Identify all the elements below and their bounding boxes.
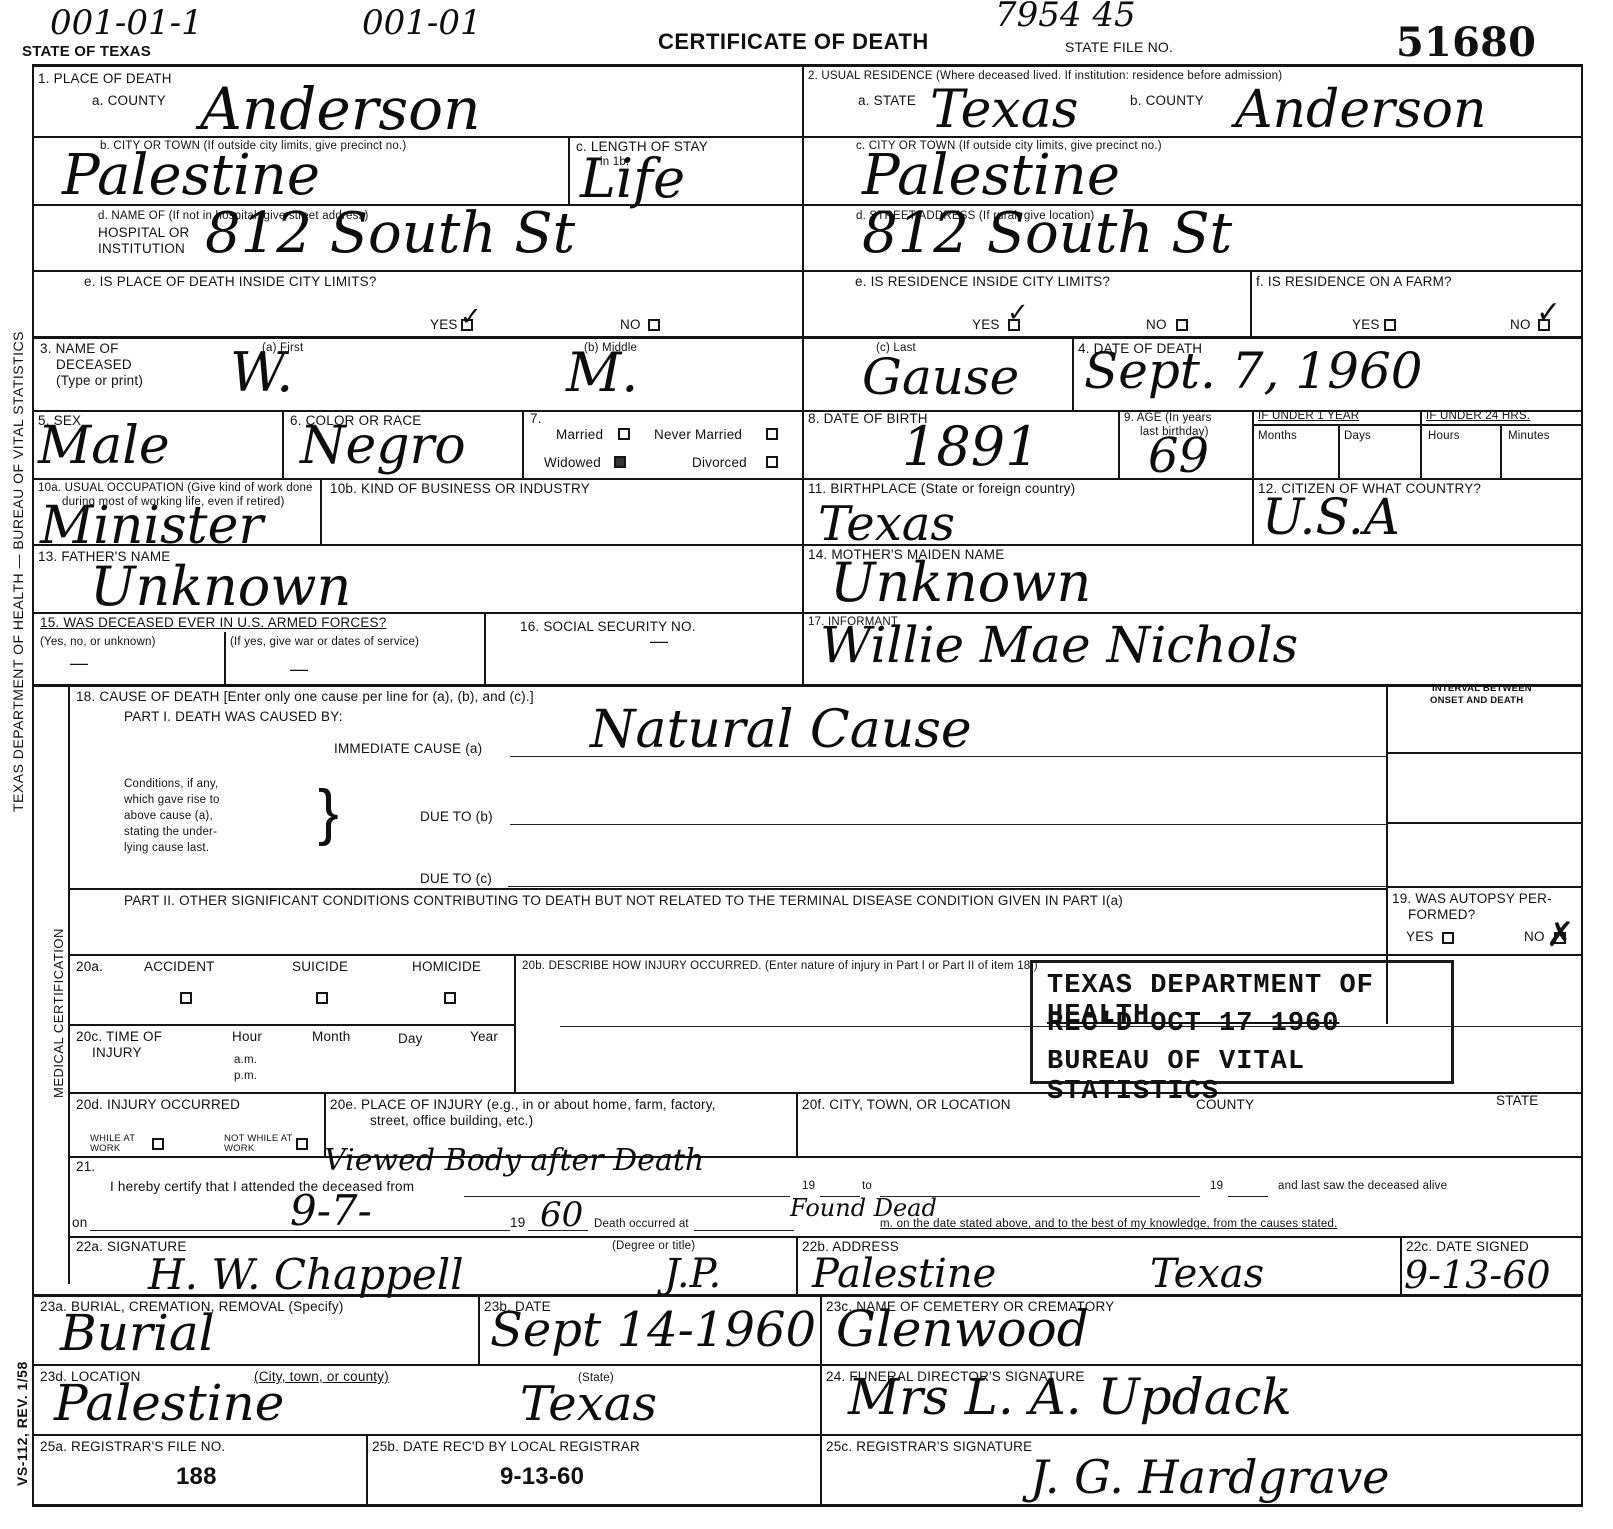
medical-section-left bbox=[68, 684, 70, 1284]
handwritten-code-1: 001-01-1 bbox=[50, 6, 203, 40]
injury-occurred-label: 20d. INJURY OCCURRED bbox=[76, 1098, 240, 1112]
describe-injury-label: 20b. DESCRIBE HOW INJURY OCCURRED. (Ente… bbox=[522, 960, 1038, 972]
place-of-injury-label-2: street, office building, etc.) bbox=[370, 1114, 533, 1128]
check-mark-icon: ✓ bbox=[460, 304, 482, 330]
armed-forces-label: 15. WAS DECEASED EVER IN U.S. ARMED FORC… bbox=[40, 616, 386, 630]
residence-city-value: Palestine bbox=[862, 148, 1120, 204]
minutes-label: Minutes bbox=[1508, 430, 1550, 442]
state-file-label: STATE FILE NO. bbox=[1065, 40, 1173, 55]
frame-left bbox=[32, 64, 34, 1504]
hospital-value: 812 South St bbox=[205, 206, 575, 262]
divider bbox=[1250, 270, 1252, 336]
department-side-label: TEXAS DEPARTMENT OF HEALTH — BUREAU OF V… bbox=[10, 331, 26, 812]
year-label: Year bbox=[470, 1030, 498, 1044]
father-value: Unknown bbox=[90, 560, 351, 614]
ssn-label: 16. SOCIAL SECURITY NO. bbox=[520, 620, 696, 634]
stamp-line-2: REC'D OCT 17 1960 bbox=[1047, 1009, 1339, 1039]
divider bbox=[32, 1434, 1582, 1436]
medical-certification-side-label: MEDICAL CERTIFICATION bbox=[51, 928, 66, 1098]
armed-value: — bbox=[70, 654, 88, 673]
days-label: Days bbox=[1344, 430, 1371, 442]
divider bbox=[510, 824, 1386, 825]
to-label: to bbox=[862, 1180, 872, 1192]
divider bbox=[32, 336, 1582, 339]
age-value: 69 bbox=[1148, 432, 1209, 480]
marital-label: 7. bbox=[530, 412, 542, 426]
divider bbox=[32, 270, 802, 272]
divider bbox=[1252, 478, 1254, 544]
divider bbox=[1500, 424, 1502, 480]
divorced-checkbox[interactable] bbox=[766, 456, 778, 468]
divider bbox=[32, 478, 1582, 480]
burial-date-value: Sept 14-1960 bbox=[490, 1306, 816, 1354]
certify-date-value: 9-7- bbox=[290, 1190, 372, 1232]
divider bbox=[32, 612, 1582, 614]
ssn-value: — bbox=[650, 632, 668, 651]
autopsy-label: 19. WAS AUTOPSY PER- bbox=[1392, 892, 1552, 906]
divider bbox=[68, 888, 1386, 890]
divider bbox=[1386, 822, 1582, 824]
divider bbox=[1228, 1196, 1268, 1197]
divider bbox=[32, 684, 1582, 687]
received-stamp: TEXAS DEPARTMENT OF HEALTH REC'D OCT 17 … bbox=[1030, 960, 1454, 1084]
place-inside-no-checkbox[interactable] bbox=[648, 319, 660, 331]
divider bbox=[1118, 410, 1120, 480]
married-checkbox[interactable] bbox=[618, 428, 630, 440]
hospital-label-3: INSTITUTION bbox=[98, 242, 185, 256]
frame-right bbox=[1581, 64, 1583, 1504]
residence-state-value: Texas bbox=[930, 84, 1078, 136]
interval-label-2: ONSET AND DEATH bbox=[1430, 696, 1523, 706]
state-label: STATE OF TEXAS bbox=[22, 44, 151, 60]
divider bbox=[224, 632, 226, 684]
certifier-signature: H. W. Chappell bbox=[148, 1254, 464, 1296]
divider bbox=[68, 1024, 514, 1026]
place-of-injury-label: 20e. PLACE OF INJURY (e.g., in or about … bbox=[330, 1098, 716, 1112]
race-value: Negro bbox=[300, 420, 466, 472]
divider bbox=[1386, 886, 1582, 888]
armed-sub-2: (If yes, give war or dates of service) bbox=[230, 636, 419, 648]
never-married-checkbox[interactable] bbox=[766, 428, 778, 440]
year-prefix-2: 19 bbox=[1210, 1180, 1223, 1192]
not-while-at-work-label: NOT WHILE AT WORK bbox=[224, 1134, 294, 1154]
last-name-value: Gause bbox=[862, 352, 1019, 402]
birthplace-value: Texas bbox=[818, 500, 955, 548]
middle-name-value: M. bbox=[566, 346, 638, 400]
hour-label: Hour bbox=[232, 1030, 262, 1044]
armed-sub-1: (Yes, no, or unknown) bbox=[40, 636, 156, 648]
handwritten-code-2: 001-01 bbox=[362, 6, 482, 40]
divider bbox=[1420, 410, 1422, 480]
birthplace-label: 11. BIRTHPLACE (State or foreign country… bbox=[808, 482, 1075, 496]
length-of-stay-value: Life bbox=[580, 152, 685, 206]
degree-value: J.P. bbox=[664, 1254, 721, 1294]
yes-label: YES bbox=[1352, 318, 1380, 332]
divider bbox=[820, 1294, 822, 1504]
death-city-value: Palestine bbox=[62, 148, 320, 204]
no-label: NO bbox=[1510, 318, 1531, 332]
divider bbox=[68, 1236, 1582, 1238]
registrar-file-label: 25a. REGISTRAR'S FILE NO. bbox=[40, 1440, 225, 1454]
name-label-2: DECEASED bbox=[56, 358, 132, 372]
part-1-label: PART I. DEATH WAS CAUSED BY: bbox=[124, 710, 343, 724]
no-label: NO bbox=[1524, 930, 1545, 944]
homicide-label: HOMICIDE bbox=[412, 960, 481, 974]
informant-value: Willie Mae Nichols bbox=[820, 620, 1298, 670]
frame-top bbox=[32, 64, 1582, 67]
yes-label: YES bbox=[972, 318, 1000, 332]
month-label: Month bbox=[312, 1030, 351, 1044]
age-label: 9. AGE (In years bbox=[1124, 412, 1212, 424]
residence-inside-no-checkbox[interactable] bbox=[1176, 319, 1188, 331]
mother-value: Unknown bbox=[830, 556, 1091, 610]
divider bbox=[32, 136, 802, 138]
divider bbox=[1252, 424, 1582, 426]
page-title: CERTIFICATE OF DEATH bbox=[658, 30, 929, 53]
place-of-death-label: 1. PLACE OF DEATH bbox=[38, 72, 172, 86]
item-21-label: 21. bbox=[76, 1160, 95, 1174]
injury-county-label: COUNTY bbox=[1196, 1098, 1254, 1112]
widowed-label: Widowed bbox=[544, 456, 601, 470]
certify-year-prefix: 19 bbox=[510, 1216, 525, 1230]
conditions-note-1: Conditions, if any, bbox=[124, 778, 218, 790]
death-occurred-label: Death occurred at bbox=[594, 1218, 689, 1230]
divider bbox=[1338, 424, 1340, 480]
viewed-note: Viewed Body after Death bbox=[324, 1146, 704, 1176]
divider bbox=[32, 1294, 1582, 1297]
certify-year-value: 60 bbox=[540, 1198, 583, 1232]
part-2-label: PART II. OTHER SIGNIFICANT CONDITIONS CO… bbox=[124, 894, 1123, 908]
divider bbox=[1072, 336, 1074, 412]
while-at-work-checkbox[interactable] bbox=[152, 1138, 164, 1150]
divider bbox=[1252, 410, 1254, 480]
center-divider-top bbox=[802, 64, 804, 684]
time-of-injury-label-2: INJURY bbox=[92, 1046, 142, 1060]
burial-state-value: Texas bbox=[520, 1380, 657, 1428]
name-label: 3. NAME OF bbox=[40, 342, 119, 356]
immediate-cause-value: Natural Cause bbox=[590, 704, 972, 756]
registrar-date-value: 9-13-60 bbox=[500, 1464, 584, 1489]
residence-county-label: b. COUNTY bbox=[1130, 94, 1204, 108]
place-inside-limits-label: e. IS PLACE OF DEATH INSIDE CITY LIMITS? bbox=[84, 275, 377, 289]
suicide-checkbox[interactable] bbox=[316, 992, 328, 1004]
injury-state-label: STATE bbox=[1496, 1094, 1539, 1108]
never-married-label: Never Married bbox=[654, 428, 742, 442]
name-label-3: (Type or print) bbox=[56, 374, 143, 388]
due-to-c-label: DUE TO (c) bbox=[420, 872, 492, 886]
brace-icon: } bbox=[318, 782, 339, 844]
last-saw-text: and last saw the deceased alive bbox=[1278, 1180, 1447, 1192]
time-of-injury-label: 20c. TIME OF bbox=[76, 1030, 162, 1044]
business-label: 10b. KIND OF BUSINESS OR INDUSTRY bbox=[330, 482, 590, 496]
farm-label: f. IS RESIDENCE ON A FARM? bbox=[1256, 275, 1452, 289]
divider bbox=[32, 1364, 1582, 1366]
divider bbox=[514, 954, 516, 1092]
funeral-director-signature: Mrs L. A. Updack bbox=[848, 1372, 1292, 1422]
divider bbox=[320, 478, 322, 544]
yes-label: YES bbox=[1406, 930, 1434, 944]
form-revision-label: VS-112, REV. 1/58 bbox=[14, 1361, 30, 1486]
residence-county-value: Anderson bbox=[1235, 84, 1486, 136]
accident-label: ACCIDENT bbox=[144, 960, 215, 974]
autopsy-label-2: FORMED? bbox=[1408, 908, 1475, 922]
divider bbox=[366, 1434, 368, 1504]
address-state-value: Texas bbox=[1150, 1254, 1264, 1294]
injury-city-label: 20f. CITY, TOWN, OR LOCATION bbox=[802, 1098, 1011, 1112]
immediate-cause-label: IMMEDIATE CAUSE (a) bbox=[334, 742, 482, 756]
no-label: NO bbox=[1146, 318, 1167, 332]
hours-label: Hours bbox=[1428, 430, 1460, 442]
cemetery-value: Glenwood bbox=[836, 1304, 1089, 1354]
under-year-label: IF UNDER 1 YEAR bbox=[1258, 410, 1359, 422]
widowed-checkbox[interactable] bbox=[614, 456, 626, 468]
citizen-value: U.S.A bbox=[1262, 492, 1400, 542]
x-mark-icon: ✗ bbox=[1546, 918, 1575, 952]
divider bbox=[478, 1294, 480, 1364]
divider bbox=[508, 886, 1386, 887]
check-mark-icon: ✓ bbox=[1536, 298, 1561, 328]
date-of-death-value: Sept. 7, 1960 bbox=[1084, 346, 1423, 396]
divider bbox=[568, 136, 570, 204]
divider bbox=[464, 1196, 790, 1197]
married-label: Married bbox=[556, 428, 603, 442]
disposition-value: Burial bbox=[60, 1308, 215, 1358]
divorced-label: Divorced bbox=[692, 456, 747, 470]
handwritten-code-3: 7954 45 bbox=[995, 0, 1136, 32]
conditions-note-5: lying cause last. bbox=[124, 842, 209, 854]
divider bbox=[802, 270, 1582, 272]
sex-value: Male bbox=[38, 420, 170, 472]
registrar-signature: J. G. Hardgrave bbox=[1030, 1454, 1390, 1500]
divider bbox=[796, 1236, 798, 1294]
divider bbox=[802, 136, 1582, 138]
divider bbox=[796, 1092, 798, 1156]
due-to-b-label: DUE TO (b) bbox=[420, 810, 493, 824]
divider bbox=[1400, 1236, 1402, 1294]
no-label: NO bbox=[620, 318, 641, 332]
farm-yes-checkbox[interactable] bbox=[1384, 319, 1396, 331]
cause-of-death-label: 18. CAUSE OF DEATH [Enter only one cause… bbox=[76, 690, 534, 704]
divider bbox=[1386, 752, 1582, 754]
accident-checkbox[interactable] bbox=[180, 992, 192, 1004]
divider bbox=[32, 544, 1582, 546]
conditions-note-4: stating the under- bbox=[124, 826, 217, 838]
months-label: Months bbox=[1258, 430, 1297, 442]
autopsy-yes-checkbox[interactable] bbox=[1442, 932, 1454, 944]
day-label: Day bbox=[398, 1032, 423, 1046]
under-day-label: IF UNDER 24 HRS. bbox=[1426, 410, 1530, 422]
residence-state-label: a. STATE bbox=[858, 94, 916, 108]
street-address-value: 812 South St bbox=[862, 206, 1232, 262]
homicide-checkbox[interactable] bbox=[444, 992, 456, 1004]
residence-inside-limits-label: e. IS RESIDENCE INSIDE CITY LIMITS? bbox=[855, 275, 1110, 289]
suicide-label: SUICIDE bbox=[292, 960, 348, 974]
divider bbox=[694, 1230, 794, 1231]
address-city-value: Palestine bbox=[812, 1254, 996, 1294]
registrar-date-label: 25b. DATE REC'D BY LOCAL REGISTRAR bbox=[372, 1440, 640, 1454]
not-while-at-work-checkbox[interactable] bbox=[296, 1138, 308, 1150]
first-name-value: W. bbox=[230, 346, 293, 400]
pm-label: p.m. bbox=[234, 1070, 257, 1082]
conditions-note-2: which gave rise to bbox=[124, 794, 220, 806]
hospital-label-2: HOSPITAL OR bbox=[98, 226, 189, 240]
occupation-label: 10a. USUAL OCCUPATION (Give kind of work… bbox=[38, 482, 313, 494]
am-label: a.m. bbox=[234, 1054, 257, 1066]
registrar-signature-label: 25c. REGISTRAR'S SIGNATURE bbox=[826, 1440, 1032, 1454]
death-time-value: Found Dead bbox=[790, 1196, 937, 1220]
while-at-work-label: WHILE AT WORK bbox=[90, 1134, 150, 1154]
year-prefix-1: 19 bbox=[802, 1180, 815, 1192]
divider bbox=[282, 410, 284, 480]
date-signed-value: 9-13-60 bbox=[1404, 1256, 1551, 1294]
divider bbox=[68, 1156, 1582, 1158]
item-20a-label: 20a. bbox=[76, 960, 103, 974]
divider bbox=[68, 954, 1582, 956]
state-file-number: 51680 bbox=[1396, 22, 1536, 64]
yes-label: YES bbox=[430, 318, 458, 332]
on-label: on bbox=[72, 1216, 87, 1230]
registrar-file-value: 188 bbox=[176, 1464, 217, 1489]
armed-dates-value: — bbox=[290, 660, 308, 679]
divider bbox=[522, 410, 524, 480]
check-mark-icon: ✓ bbox=[1007, 300, 1029, 326]
frame-bottom bbox=[32, 1504, 1583, 1507]
date-of-birth-value: 1891 bbox=[902, 420, 1039, 474]
conditions-note-3: above cause (a), bbox=[124, 810, 213, 822]
divider bbox=[484, 612, 486, 684]
death-county-value: Anderson bbox=[200, 80, 480, 138]
certify-tail-text: m. on the date stated above, and to the … bbox=[880, 1218, 1337, 1230]
interval-label: INTERVAL BETWEEN bbox=[1432, 684, 1532, 694]
burial-city-value: Palestine bbox=[54, 1378, 284, 1428]
county-label: a. COUNTY bbox=[92, 94, 166, 108]
